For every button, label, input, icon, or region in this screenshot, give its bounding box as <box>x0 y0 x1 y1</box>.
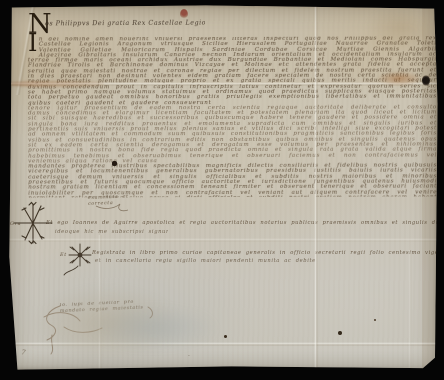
horizontal-fold-lower <box>8 342 438 346</box>
photo-background: N os Philippvs Dei gratia Rex Castellae … <box>0 0 444 380</box>
heading-royal-title-line: os Philippvs Dei gratia Rex Castellae Le… <box>45 19 205 31</box>
body-paragraph: tenore igitur praesentium de eadem nostr… <box>28 105 437 164</box>
signature-block: Io. lupi de cuellar pro mandato regiae m… <box>60 299 157 327</box>
parchment-document: N os Philippvs Dei gratia Rex Castellae … <box>8 5 438 370</box>
closing-note: examinata et correcta <box>88 194 142 210</box>
manuscript-body-text: n dei nomine amen nouerint vniuersi prae… <box>28 36 437 197</box>
dark-speck <box>338 331 342 335</box>
registration-line1: Registrata in libro primo curiae capitan… <box>92 250 438 258</box>
notarial-subscription-line2: ideoque hic me subscripsi signumque meum… <box>55 229 168 237</box>
margin-mark-numeral: 7 <box>20 349 31 360</box>
horizontal-fold-middle <box>8 238 438 242</box>
signature-line3: maiestatis <box>112 306 143 312</box>
body-paragraph: n dei nomine amen nouerint vniuersi prae… <box>28 36 437 106</box>
body-paragraph: mandantes propterea illustribus spectabi… <box>28 164 437 198</box>
notarial-left-mark: Gra <box>10 221 24 229</box>
registration-line2: et in cancellaria regia sigillo maiori p… <box>95 258 317 266</box>
closing-note-line1: examinata <box>88 195 119 201</box>
registration-left-mark: Et <box>60 252 74 260</box>
dark-speck <box>224 335 227 338</box>
red-ink-mark <box>180 9 188 19</box>
margin-mark-dot: . <box>188 352 196 360</box>
dark-speck <box>374 319 376 321</box>
notarial-subscription-line1: Et ego Ioannes de Aguirre apostolica et … <box>46 220 438 228</box>
vertical-fold-right-lower <box>408 250 412 370</box>
lower-fold-light-band <box>8 345 438 375</box>
